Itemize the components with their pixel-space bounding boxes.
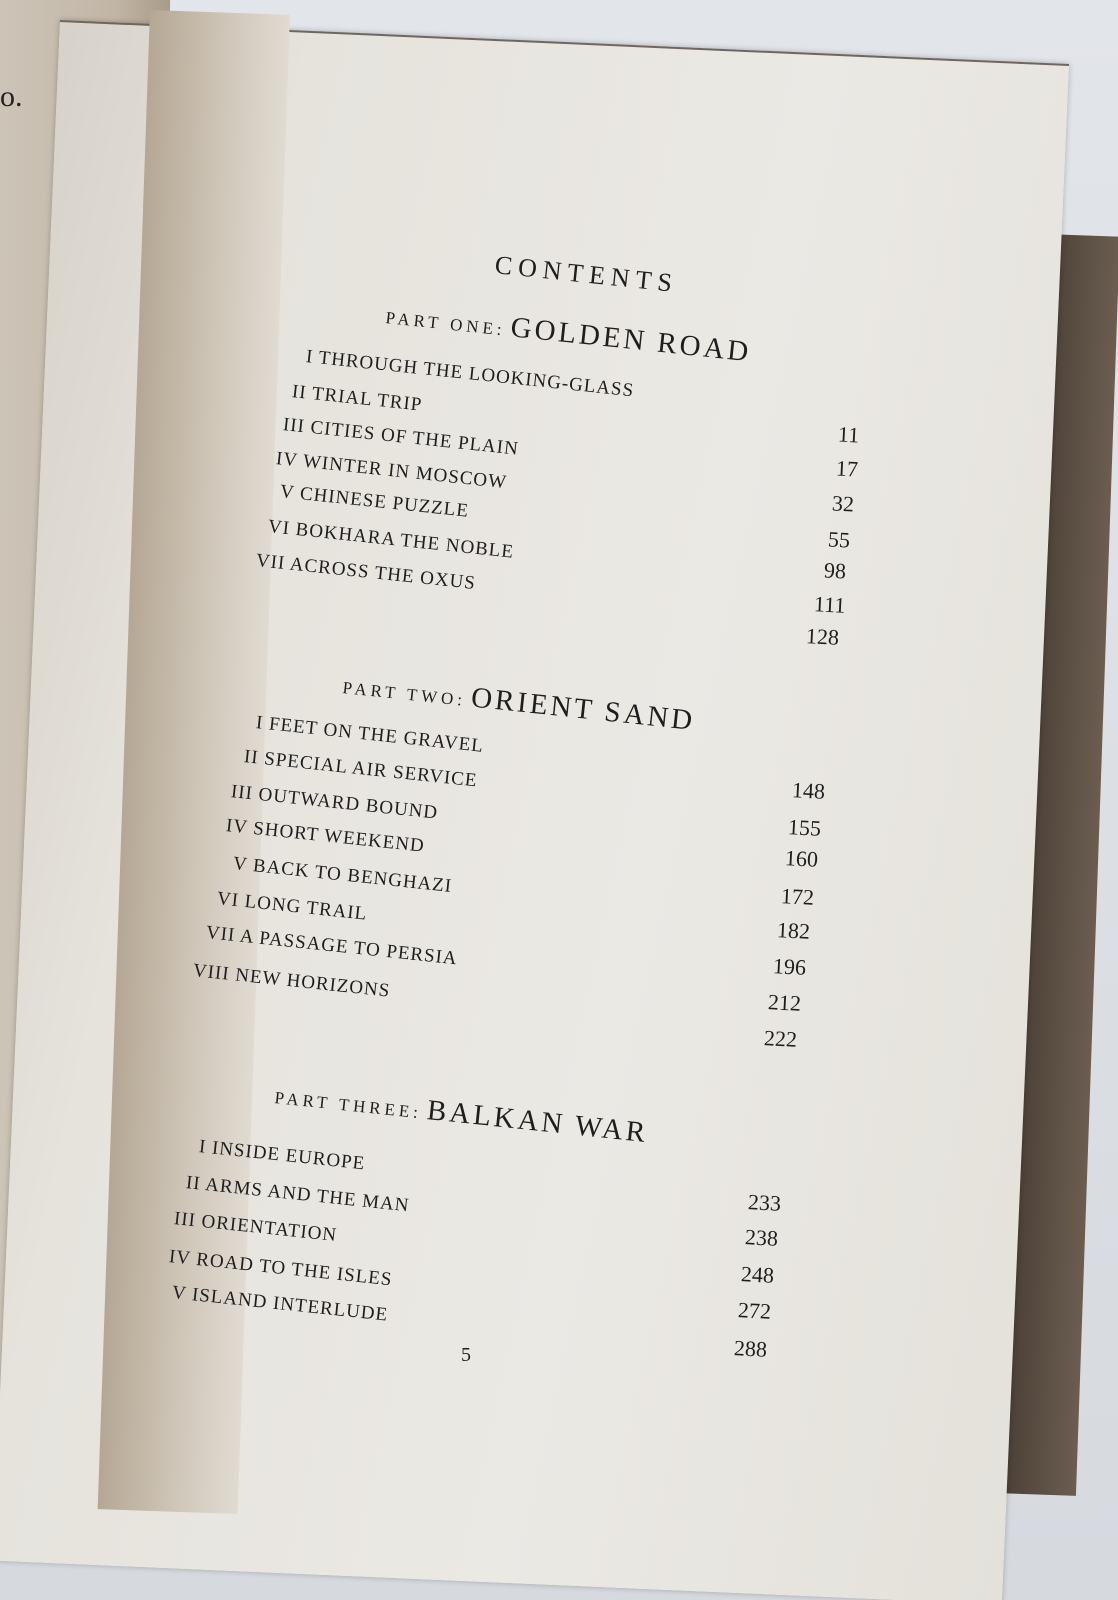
part-three-heading: PART THREE: BALKAN WAR	[273, 1078, 649, 1150]
chapter-entry: VIII NEW HORIZONS	[192, 960, 391, 1003]
page-number: 11	[837, 421, 860, 448]
page-number: 148	[791, 777, 825, 805]
folio-page-number: 5	[461, 1344, 471, 1367]
page-number: 248	[740, 1261, 774, 1289]
part-label: PART THREE:	[274, 1088, 423, 1122]
page-number: 111	[813, 591, 846, 619]
chapter-entry: I INSIDE EUROPE	[198, 1136, 366, 1175]
chapter-entry: VI LONG TRAIL	[216, 888, 368, 926]
part-label: PART ONE:	[385, 308, 507, 339]
chapter-entry: V BACK TO BENGHAZI	[232, 853, 453, 898]
page-number: 233	[747, 1189, 781, 1217]
page-number: 17	[835, 455, 858, 482]
chapter-entry: IV SHORT WEEKEND	[225, 815, 426, 858]
chapter-entry: V ISLAND INTERLUDE	[171, 1282, 389, 1327]
chapter-entry: II TRIAL TRIP	[291, 381, 423, 417]
chapter-entry: VII ACROSS THE OXUS	[255, 550, 477, 595]
page-number: 212	[767, 989, 801, 1017]
part-label: PART TWO:	[342, 678, 467, 710]
part-name: ORIENT SAND	[470, 682, 697, 737]
part-name: GOLDEN ROAD	[509, 311, 753, 368]
chapter-entry: II ARMS AND THE MAN	[185, 1172, 411, 1217]
page-number: 196	[772, 953, 806, 981]
page-number: 160	[784, 845, 818, 873]
contents-text: CONTENTS PART ONE: GOLDEN ROAD I THROUGH…	[0, 0, 1118, 1600]
page-title: CONTENTS	[493, 250, 679, 299]
chapter-entry: III ORIENTATION	[173, 1208, 338, 1247]
page-number: 238	[744, 1224, 778, 1252]
page-number: 128	[805, 623, 839, 651]
page-number: 155	[787, 814, 821, 842]
page-number: 172	[780, 883, 814, 911]
page-number: 272	[737, 1297, 771, 1325]
page-number: 182	[776, 917, 810, 945]
part-one-heading: PART ONE: GOLDEN ROAD	[384, 298, 753, 369]
page-number: 32	[831, 490, 854, 517]
page-number: 222	[763, 1025, 797, 1053]
page-number: 55	[827, 526, 850, 553]
part-name: BALKAN WAR	[426, 1094, 650, 1149]
chapter-entry: VII A PASSAGE TO PERSIA	[205, 922, 459, 970]
page-number: 98	[823, 557, 846, 584]
page-number: 288	[733, 1335, 767, 1363]
